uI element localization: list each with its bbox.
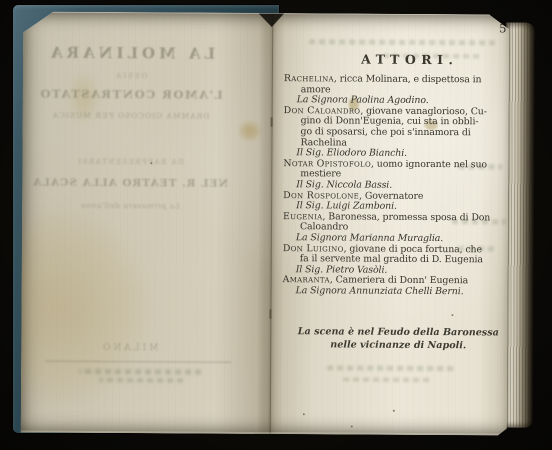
open-book: LA MOLINARA OSSIA L'AMOR CONTRASTATO DRA… [21, 12, 510, 436]
cast-list: Rachelina, ricca Molinara, e dispettosa … [283, 74, 508, 298]
bleed-smudge [79, 369, 201, 375]
bleed-line: La primavera dell'anno [22, 201, 260, 211]
cast-name: Amaranta [283, 274, 330, 285]
bleed-line: DRAMMA GIOCOSO PER MUSICA [23, 111, 261, 121]
cast-entry: Notar Opistofolo, uomo ignorante nel suo… [283, 159, 507, 192]
bleed-smudge [327, 365, 455, 371]
bleed-through-text: LA MOLINARA OSSIA L'AMOR CONTRASTATO DRA… [21, 12, 262, 434]
bleed-line: LA MOLINARA [23, 44, 261, 63]
page-title: ATTORI. [275, 51, 509, 67]
bleed-line: NEL R. TEATRO ALLA SCALA [22, 177, 260, 190]
bleed-line: MILANO [21, 343, 259, 354]
cast-name: Don Caloandro [284, 105, 361, 116]
cast-name: Rachelina [284, 73, 334, 84]
book-photo: LA MOLINARA OSSIA L'AMOR CONTRASTATO DRA… [0, 0, 552, 450]
cast-role: Don Luigino, giovane di poca fortuna, ch… [283, 244, 507, 267]
binding-stitch [271, 117, 273, 127]
cast-name: Notar Opistofolo [283, 158, 371, 170]
cast-name: Don Rospolone [283, 190, 359, 201]
cast-entry: Don Rospolone, Governatore Il Sig. Luigi… [283, 191, 507, 214]
bleed-smudge [309, 39, 495, 45]
page-spread: LA MOLINARA OSSIA L'AMOR CONTRASTATO DRA… [21, 12, 510, 436]
bleed-line: DA RAPPRESENTARSI [22, 158, 260, 167]
cast-entry: Rachelina, ricca Molinara, e dispettosa … [284, 74, 508, 107]
cast-role: Eugenia, Baronessa, promessa sposa di Do… [283, 212, 507, 235]
cast-entry: Eugenia, Baronessa, promessa sposa di Do… [283, 212, 507, 245]
cast-role: Notar Opistofolo, uomo ignorante nel suo… [283, 159, 507, 182]
bleed-line: L'AMOR CONTRASTATO [23, 87, 261, 102]
bleed-rule [45, 361, 231, 363]
cast-role: Rachelina, ricca Molinara, e dispettosa … [284, 74, 508, 97]
cast-desc: , Baronessa, promessa sposa di Don Caloa… [300, 211, 490, 233]
right-page: 5 ATTORI. Rachelina, ricca Molinara, e d… [273, 13, 510, 435]
cast-role: Don Caloandro, giovane vanaglorioso, Cu-… [283, 106, 507, 150]
bleed-smudge [99, 378, 183, 383]
cast-entry: Don Caloandro, giovane vanaglorioso, Cu-… [283, 106, 507, 160]
cast-entry: Don Luigino, giovane di poca fortuna, ch… [283, 244, 507, 277]
bleed-line: OSSIA [23, 72, 261, 81]
cast-name: Don Luigino [283, 243, 344, 254]
cast-entry: Amaranta, Cameriera di Donn' Eugenia La … [283, 275, 507, 298]
bleed-smudge [343, 377, 431, 382]
left-page: LA MOLINARA OSSIA L'AMOR CONTRASTATO DRA… [21, 12, 262, 434]
binding-stitch [269, 309, 271, 319]
cast-performer: La Signora Annunziata Chelli Berni. [283, 286, 507, 298]
scene-note: La scena è nel Feudo della Baronessa nel… [281, 326, 503, 352]
cast-name: Eugenia [283, 211, 323, 222]
